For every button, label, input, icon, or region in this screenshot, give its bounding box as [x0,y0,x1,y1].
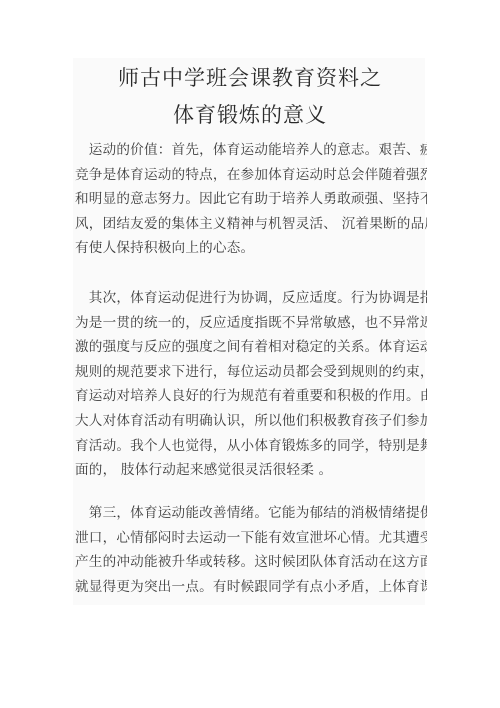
text-line: 规则的规范要求下进行，每位运动员都会受到规则的约束，因此体 [75,360,427,385]
text-line: 有使人保持积极向上的心态。 [75,236,427,261]
document-title-line-1: 师古中学班会课教育资料之 [0,62,500,92]
text-line: 竞争是体育运动的特点，在参加体育运动时总会伴随着强烈的情绪体验 [75,163,427,188]
text-line: 激的强度与反应的强度之间有着相对稳定的关系。体育运动大多在 [75,335,427,360]
text-line: 育活动。我个人也觉得，从小体育锻炼多的同学，特别是舞蹈方 [75,434,427,459]
text-line: 面的， 肢体行动起来感觉很灵活很轻柔 。 [75,458,427,483]
text-line: 大人对体育活动有明确认识，所以他们积极教育孩子们参加各项体 [75,409,427,434]
text-line: 为是一贯的统一的，反应适度指既不异常敏感，也不异常迟钝，刺 [75,311,427,336]
document-title-line-2: 体育锻炼的意义 [0,99,500,129]
paragraph-coordination: 其次，体育运动促进行为协调，反应适度。行为协调是指人的行 为是一贯的统一的，反应… [75,286,427,483]
text-line: 风，团结友爱的集体主义精神与机智灵活、 沉着果断的品质，还 [75,212,427,237]
text-line: 运动的价值：首先，体育运动能培养人的意志。艰苦、疲劳、激烈、 [75,138,427,163]
text-line: 其次，体育运动促进行为协调，反应适度。行为协调是指人的行 [75,286,427,311]
text-line: 和明显的意志努力。因此它有助于培养人勇敢顽强、坚持不懈的作 [75,187,427,212]
paragraph-willpower: 运动的价值：首先，体育运动能培养人的意志。艰苦、疲劳、激烈、 竞争是体育运动的特… [75,138,427,261]
text-line: 就显得更为突出一点。有时候跟同学有点小矛盾，上体育课打打羽 [75,575,427,600]
paragraph-emotion: 第三，体育运动能改善情绪。它能为郁结的消极情绪提供一个发 泄口，心情郁闷时去运动… [75,501,427,599]
text-line: 产生的冲动能被升华或转移。这时候团队体育活动在这方面的作用 [75,550,427,575]
text-line: 第三，体育运动能改善情绪。它能为郁结的消极情绪提供一个发 [75,501,427,526]
text-line: 泄口，心情郁闷时去运动一下能有效宣泄坏心情。尤其遭受挫折后 [75,526,427,551]
text-line: 育运动对培养人良好的行为规范有着重要和积极的作用。由于加拿 [75,384,427,409]
